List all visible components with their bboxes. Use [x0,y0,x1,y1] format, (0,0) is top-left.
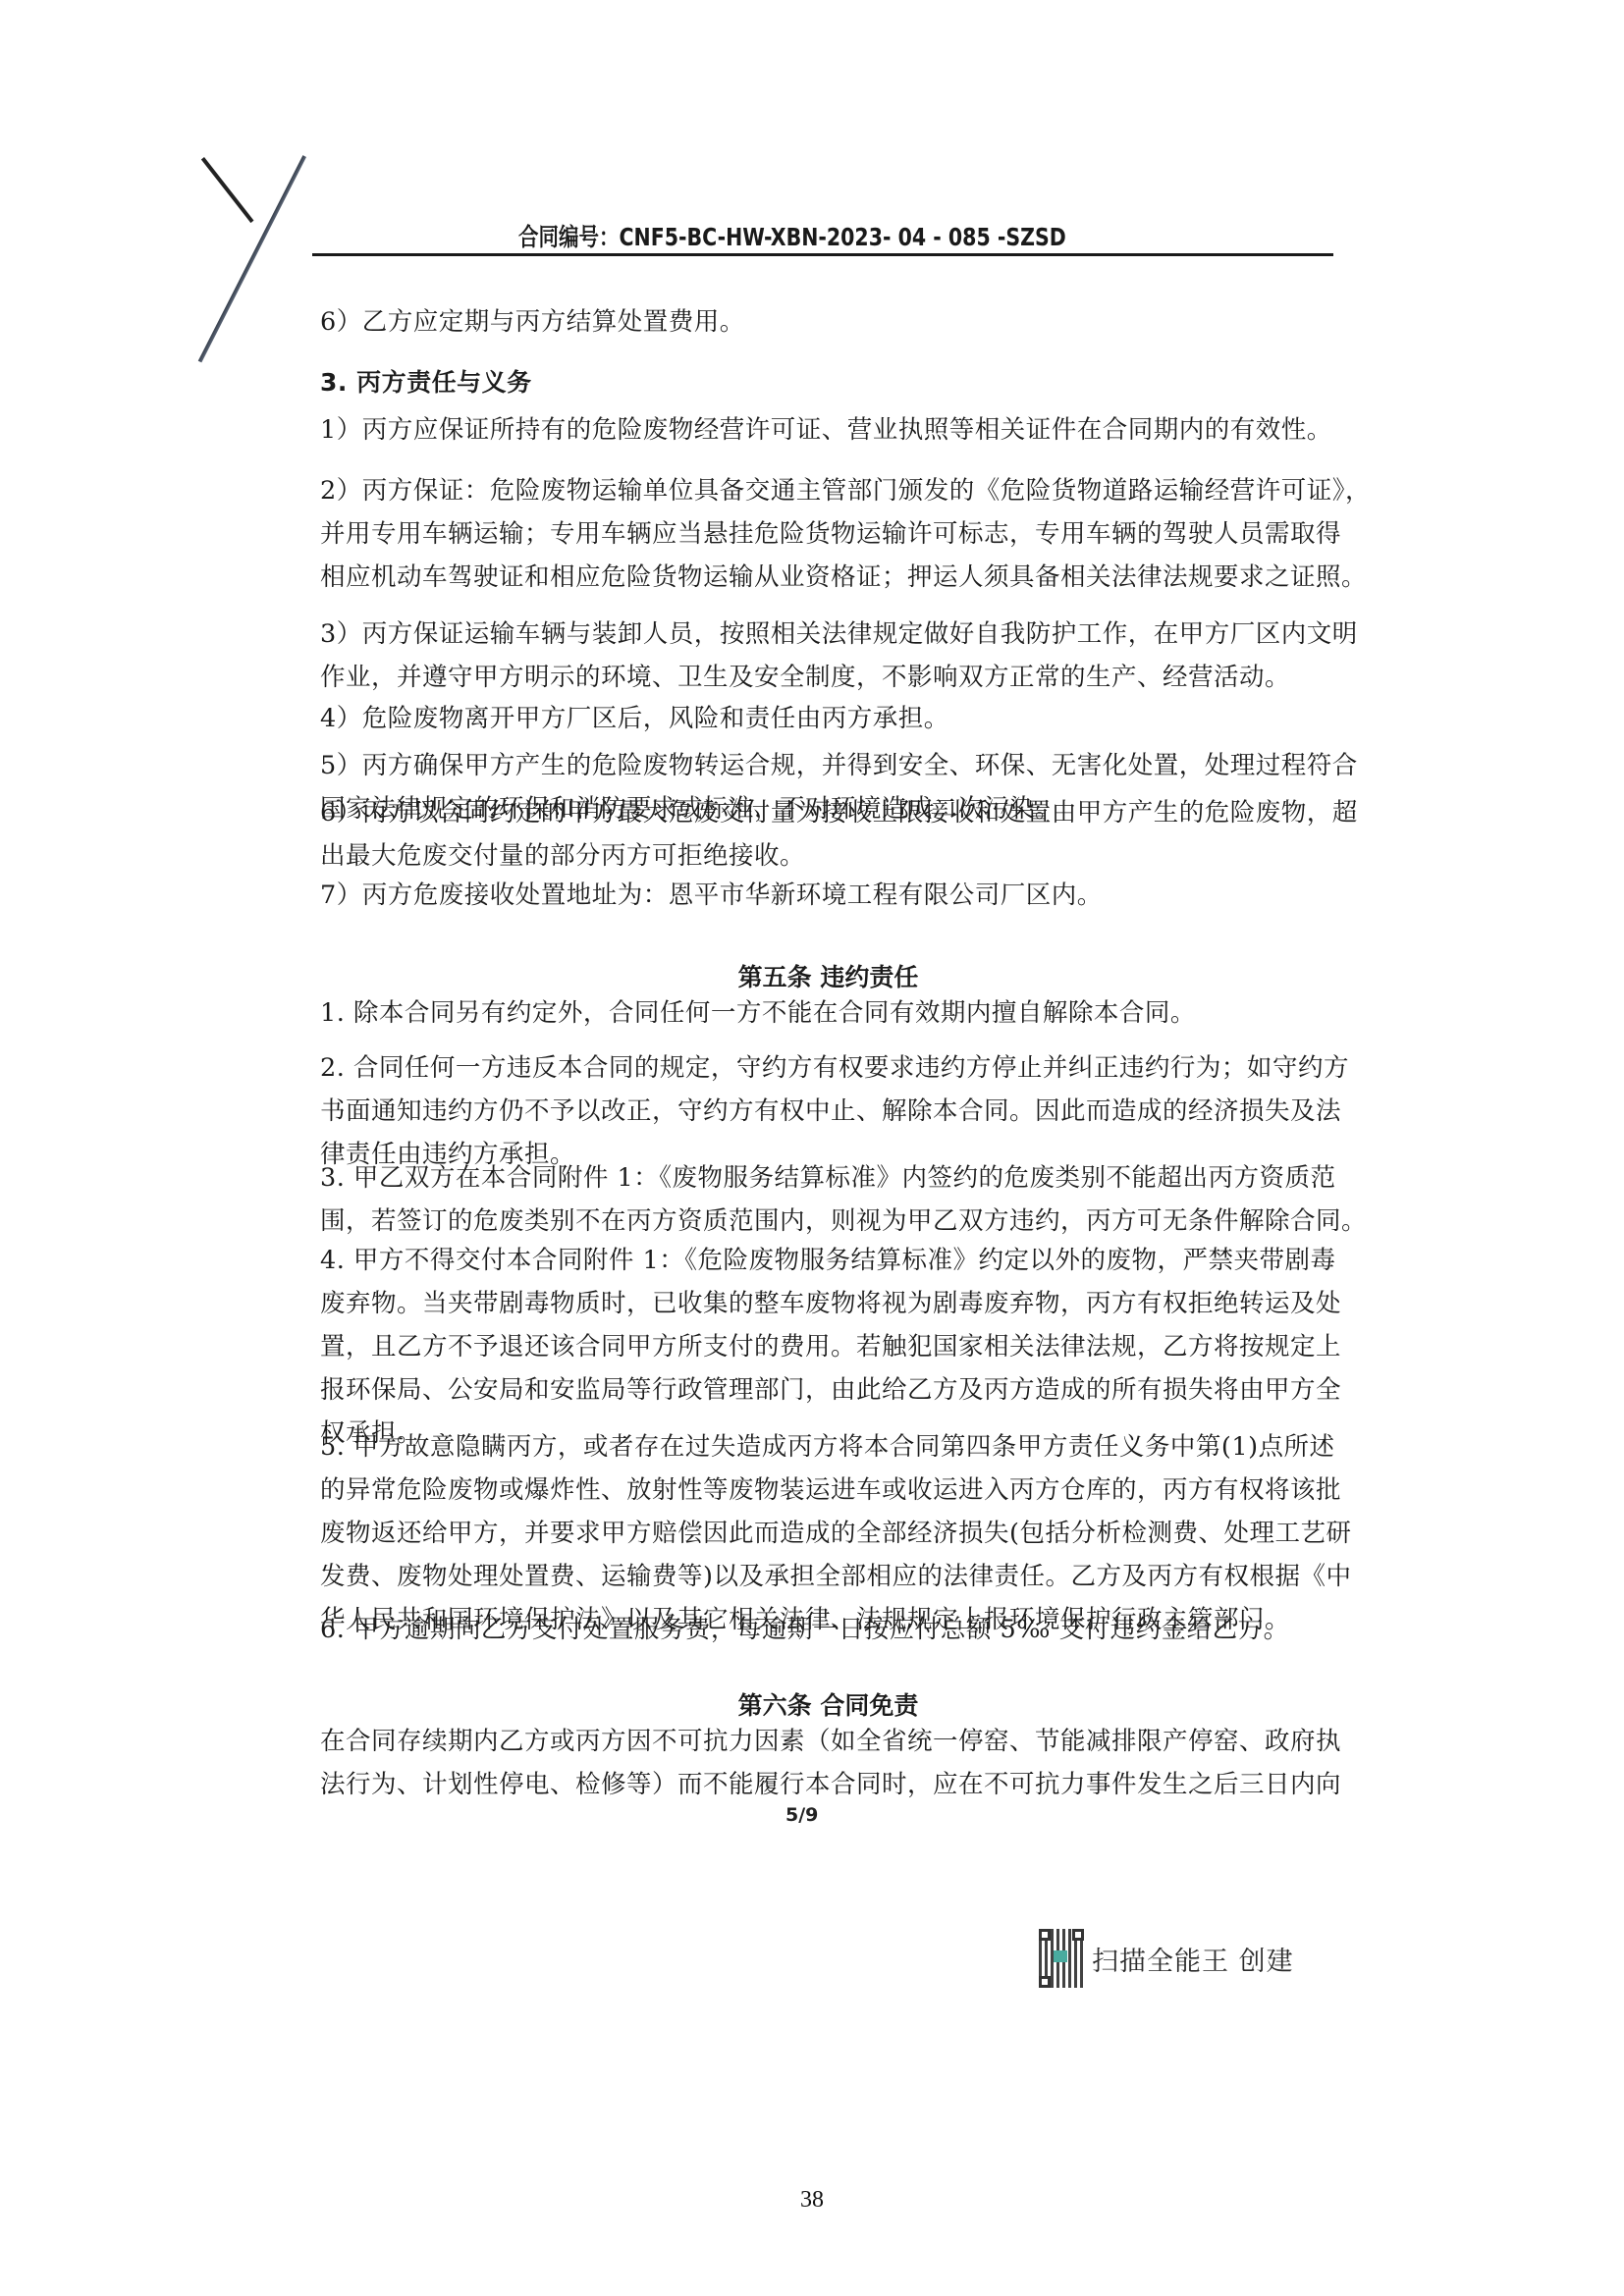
page-fraction: 5/9 [785,1804,818,1826]
watermark-text: 扫描全能王 创建 [1092,1940,1294,1978]
article-5-title: 第五条 违约责任 [320,958,1336,993]
scan-artifact-line [201,157,254,223]
qr-code-icon [1039,1929,1084,1988]
article-6-body: 在合同存续期内乙方或丙方因不可抗力因素（如全省统一停窑、节能减排限产停窑、政府执… [320,1720,1336,1806]
header-divider [312,253,1333,256]
section-3-item-7: 7）丙方危废接收处置地址为：恩平市华新环境工程有限公司厂区内。 [320,874,1336,917]
section-3-item-4: 4）危险废物离开甲方厂区后，风险和责任由丙方承担。 [320,697,1336,740]
scanner-watermark: 扫描全能王 创建 [1039,1929,1294,1988]
scan-artifact-line [198,155,306,362]
section-3-item-1: 1）丙方应保证所持有的危险废物经营许可证、营业执照等相关证件在合同期内的有效性。 [320,408,1336,452]
section-3-item-3: 3）丙方保证运输车辆与装卸人员，按照相关法律规定做好自我防护工作，在甲方厂区内文… [320,613,1336,699]
article-5-item-1: 1. 除本合同另有约定外，合同任何一方不能在合同有效期内擅自解除本合同。 [320,991,1336,1035]
article-6-title: 第六条 合同免责 [320,1686,1336,1722]
article-5-item-4: 4. 甲方不得交付本合同附件 1：《危险废物服务结算标准》约定以外的废物，严禁夹… [320,1239,1336,1455]
page-number: 38 [0,2187,1624,2214]
article-5-item-6: 6. 甲方逾期向乙方支付处置服务费，每逾期一日按应付总额 5‰ 支付违约金给乙方… [320,1608,1336,1651]
article-5-item-3: 3. 甲乙双方在本合同附件 1：《废物服务结算标准》内签约的危废类别不能超出丙方… [320,1156,1336,1243]
scanned-page: 合同编号：CNF5-BC-HW-XBN-2023- 04 - 085 -SZSD… [0,0,1624,2296]
contract-number: 合同编号：CNF5-BC-HW-XBN-2023- 04 - 085 -SZSD [518,218,1066,253]
section-3-prev-item: 6）乙方应定期与丙方结算处置费用。 [320,300,1336,344]
page-header: 合同编号：CNF5-BC-HW-XBN-2023- 04 - 085 -SZSD [312,218,1329,257]
section-3-title: 3. 丙方责任与义务 [320,361,1336,404]
section-3-item-6: 6）丙方以合同约定的甲方最大危废交付量为接收上限接收和处置由甲方产生的危险废物，… [320,791,1336,878]
section-3-item-2: 2）丙方保证：危险废物运输单位具备交通主管部门颁发的《危险货物道路运输经营许可证… [320,469,1336,599]
